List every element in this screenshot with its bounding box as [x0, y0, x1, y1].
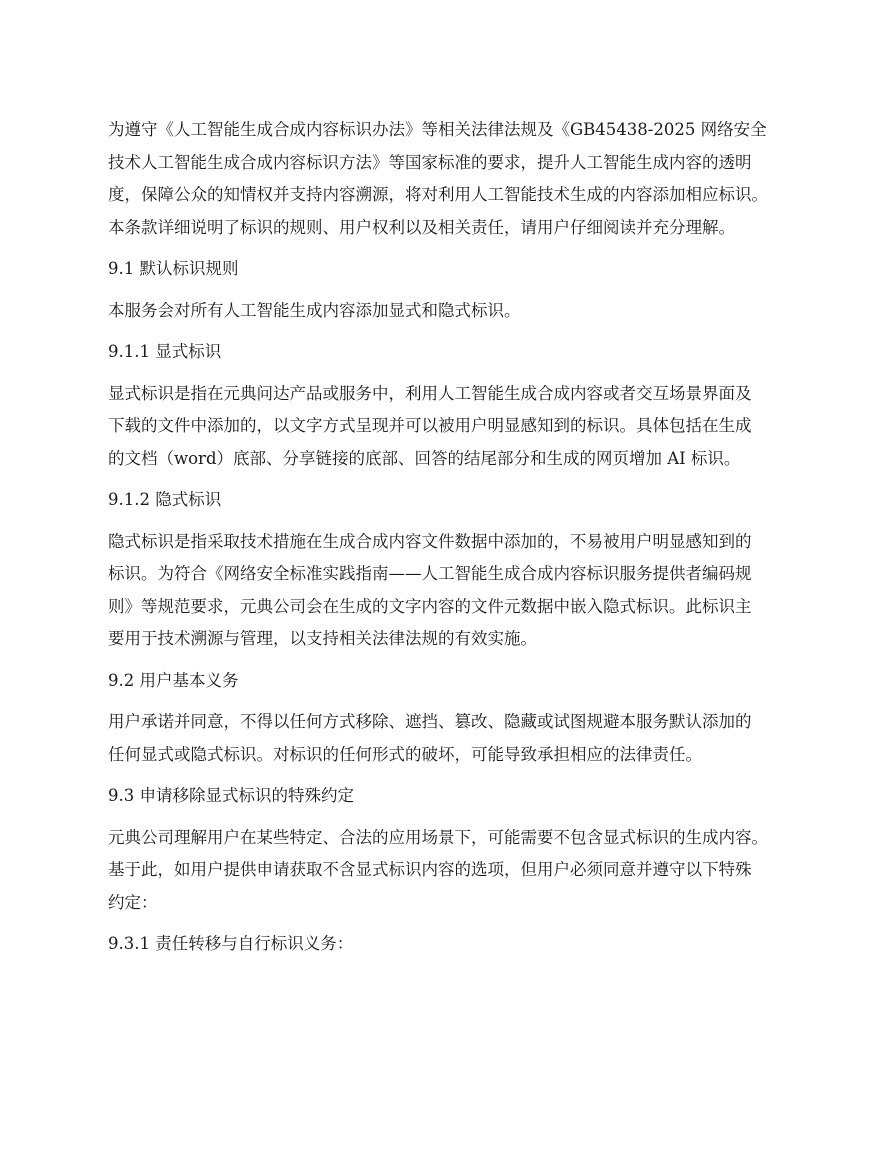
heading-text: 9.3.1 责任转移与自行标识义务：: [108, 928, 788, 961]
heading-text: 9.1.1 显式标识: [108, 336, 788, 369]
text-line: 下载的文件中添加的，以文字方式呈现并可以被用户明显感知到的标识。具体包括在生成: [108, 410, 788, 443]
paragraph-9-1-2: 隐式标识是指采取技术措施在生成合成内容文件数据中添加的，不易被用户明显感知到的 …: [108, 526, 788, 656]
intro-paragraph: 为遵守《人工智能生成合成内容标识办法》等相关法律法规及《GB45438-2025…: [108, 114, 788, 244]
heading-text: 9.1 默认标识规则: [108, 253, 788, 286]
section-heading-9-3-1: 9.3.1 责任转移与自行标识义务：: [108, 928, 788, 961]
text-line: 标识。为符合《网络安全标准实践指南——人工智能生成合成内容标识服务提供者编码规: [108, 558, 788, 591]
text-line: 基于此，如用户提供申请获取不含显式标识内容的选项，但用户必须同意并遵守以下特殊: [108, 854, 788, 887]
text-line: 约定：: [108, 887, 788, 920]
document-page: 为遵守《人工智能生成合成内容标识办法》等相关法律法规及《GB45438-2025…: [108, 114, 788, 970]
text-line: 则》等规范要求，元典公司会在生成的文字内容的文件元数据中嵌入隐式标识。此标识主: [108, 591, 788, 624]
text-line: 本条款详细说明了标识的规则、用户权利以及相关责任，请用户仔细阅读并充分理解。: [108, 212, 788, 245]
heading-text: 9.3 申请移除显式标识的特殊约定: [108, 780, 788, 813]
text-line: 度，保障公众的知情权并支持内容溯源，将对利用人工智能技术生成的内容添加相应标识。: [108, 179, 788, 212]
section-heading-9-1-2: 9.1.2 隐式标识: [108, 484, 788, 517]
text-line: 用户承诺并同意，不得以任何方式移除、遮挡、篡改、隐藏或试图规避本服务默认添加的: [108, 706, 788, 739]
paragraph-9-1: 本服务会对所有人工智能生成内容添加显式和隐式标识。: [108, 295, 788, 328]
text-line: 显式标识是指在元典问达产品或服务中，利用人工智能生成合成内容或者交互场景界面及: [108, 378, 788, 411]
text-line: 本服务会对所有人工智能生成内容添加显式和隐式标识。: [108, 295, 788, 328]
text-line: 技术人工智能生成合成内容标识方法》等国家标准的要求，提升人工智能生成内容的透明: [108, 147, 788, 180]
text-line: 元典公司理解用户在某些特定、合法的应用场景下，可能需要不包含显式标识的生成内容。: [108, 822, 788, 855]
section-heading-9-1: 9.1 默认标识规则: [108, 253, 788, 286]
section-heading-9-3: 9.3 申请移除显式标识的特殊约定: [108, 780, 788, 813]
heading-text: 9.1.2 隐式标识: [108, 484, 788, 517]
paragraph-9-1-1: 显式标识是指在元典问达产品或服务中，利用人工智能生成合成内容或者交互场景界面及 …: [108, 378, 788, 476]
text-line: 任何显式或隐式标识。对标识的任何形式的破坏，可能导致承担相应的法律责任。: [108, 739, 788, 772]
section-heading-9-2: 9.2 用户基本义务: [108, 665, 788, 698]
paragraph-9-3: 元典公司理解用户在某些特定、合法的应用场景下，可能需要不包含显式标识的生成内容。…: [108, 822, 788, 920]
text-line: 隐式标识是指采取技术措施在生成合成内容文件数据中添加的，不易被用户明显感知到的: [108, 526, 788, 559]
paragraph-9-2: 用户承诺并同意，不得以任何方式移除、遮挡、篡改、隐藏或试图规避本服务默认添加的 …: [108, 706, 788, 771]
text-line: 要用于技术溯源与管理，以支持相关法律法规的有效实施。: [108, 623, 788, 656]
text-line: 为遵守《人工智能生成合成内容标识办法》等相关法律法规及《GB45438-2025…: [108, 114, 788, 147]
heading-text: 9.2 用户基本义务: [108, 665, 788, 698]
text-line: 的文档（word）底部、分享链接的底部、回答的结尾部分和生成的网页增加 AI 标…: [108, 443, 788, 476]
section-heading-9-1-1: 9.1.1 显式标识: [108, 336, 788, 369]
